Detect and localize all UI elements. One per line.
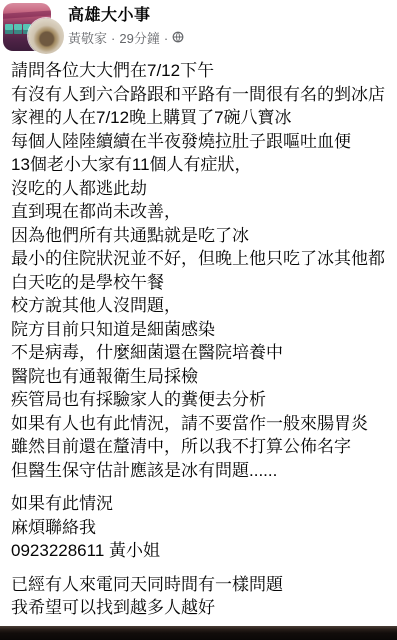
attached-photo[interactable] <box>0 626 397 640</box>
post-text-line: 請問各位大大們在7/12下午 <box>11 59 397 83</box>
post-paragraph: 如果有此情況麻煩聯絡我0923228611 黃小姐 <box>11 492 397 563</box>
post-paragraph: 請問各位大大們在7/12下午有沒有人到六合路跟和平路有一間很有名的剉冰店家裡的人… <box>11 59 397 482</box>
post-text-line: 如果有人也有此情況，請不要當作一般來腸胃炎 <box>11 412 397 436</box>
post-text-line: 但醫生保守估計應該是冰有問題...... <box>11 459 397 483</box>
post-text-line: 我希望可以找到越多人越好 <box>11 596 397 620</box>
post-text-line: 沒吃的人都逃此劫 <box>11 177 397 201</box>
post-text-line: 0923228611 黃小姐 <box>11 539 397 563</box>
post-text-line: 疾管局也有採驗家人的糞便去分析 <box>11 388 397 412</box>
meta-separator: · <box>164 31 168 47</box>
post-text-line: 13個老小大家有11個人有症狀， <box>11 153 397 177</box>
post-text-line: 每個人陸陸續續在半夜發燒拉肚子跟嘔吐血便 <box>11 130 397 154</box>
post-text-line: 已經有人來電同天同時間有一樣問題 <box>11 573 397 597</box>
post-header: 高雄大小事 黃敬家 · 29分鐘 · <box>0 0 397 56</box>
post-text-line: 最小的住院狀況並不好，但晚上他只吃了冰其他都 <box>11 247 397 271</box>
post-text-line: 如果有此情況 <box>11 492 397 516</box>
post-time[interactable]: 29分鐘 <box>119 31 159 47</box>
post-text-line: 直到現在都尚未改善， <box>11 200 397 224</box>
facebook-post: 高雄大小事 黃敬家 · 29分鐘 · 請問各位大大們在7/12下午有沒有人到六合… <box>0 0 397 640</box>
globe-public-icon <box>172 31 184 47</box>
post-body: 請問各位大大們在7/12下午有沒有人到六合路跟和平路有一間很有名的剉冰店家裡的人… <box>0 56 397 630</box>
post-text-line: 家裡的人在7/12晚上購買了7碗八寶冰 <box>11 106 397 130</box>
post-text-line: 麻煩聯絡我 <box>11 516 397 540</box>
post-text-line: 雖然目前還在釐清中，所以我不打算公佈名字 <box>11 435 397 459</box>
header-text: 高雄大小事 黃敬家 · 29分鐘 · <box>68 6 184 47</box>
post-text-line: 院方目前只知道是細菌感染 <box>11 318 397 342</box>
post-text-line: 不是病毒，什麼細菌還在醫院培養中 <box>11 341 397 365</box>
post-paragraph: 已經有人來電同天同時間有一樣問題我希望可以找到越多人越好 <box>11 573 397 620</box>
post-text-line: 白天吃的是學校午餐 <box>11 271 397 295</box>
post-text-line: 有沒有人到六合路跟和平路有一間很有名的剉冰店 <box>11 83 397 107</box>
post-meta: 黃敬家 · 29分鐘 · <box>68 30 184 47</box>
author-name[interactable]: 黃敬家 <box>68 31 107 47</box>
group-name[interactable]: 高雄大小事 <box>68 6 184 26</box>
author-avatar-icon[interactable] <box>28 18 64 54</box>
post-text-line: 因為他們所有共通點就是吃了冰 <box>11 224 397 248</box>
meta-separator: · <box>111 31 115 47</box>
post-text-line: 校方說其他人沒問題， <box>11 294 397 318</box>
post-text-line: 醫院也有通報衛生局採檢 <box>11 365 397 389</box>
